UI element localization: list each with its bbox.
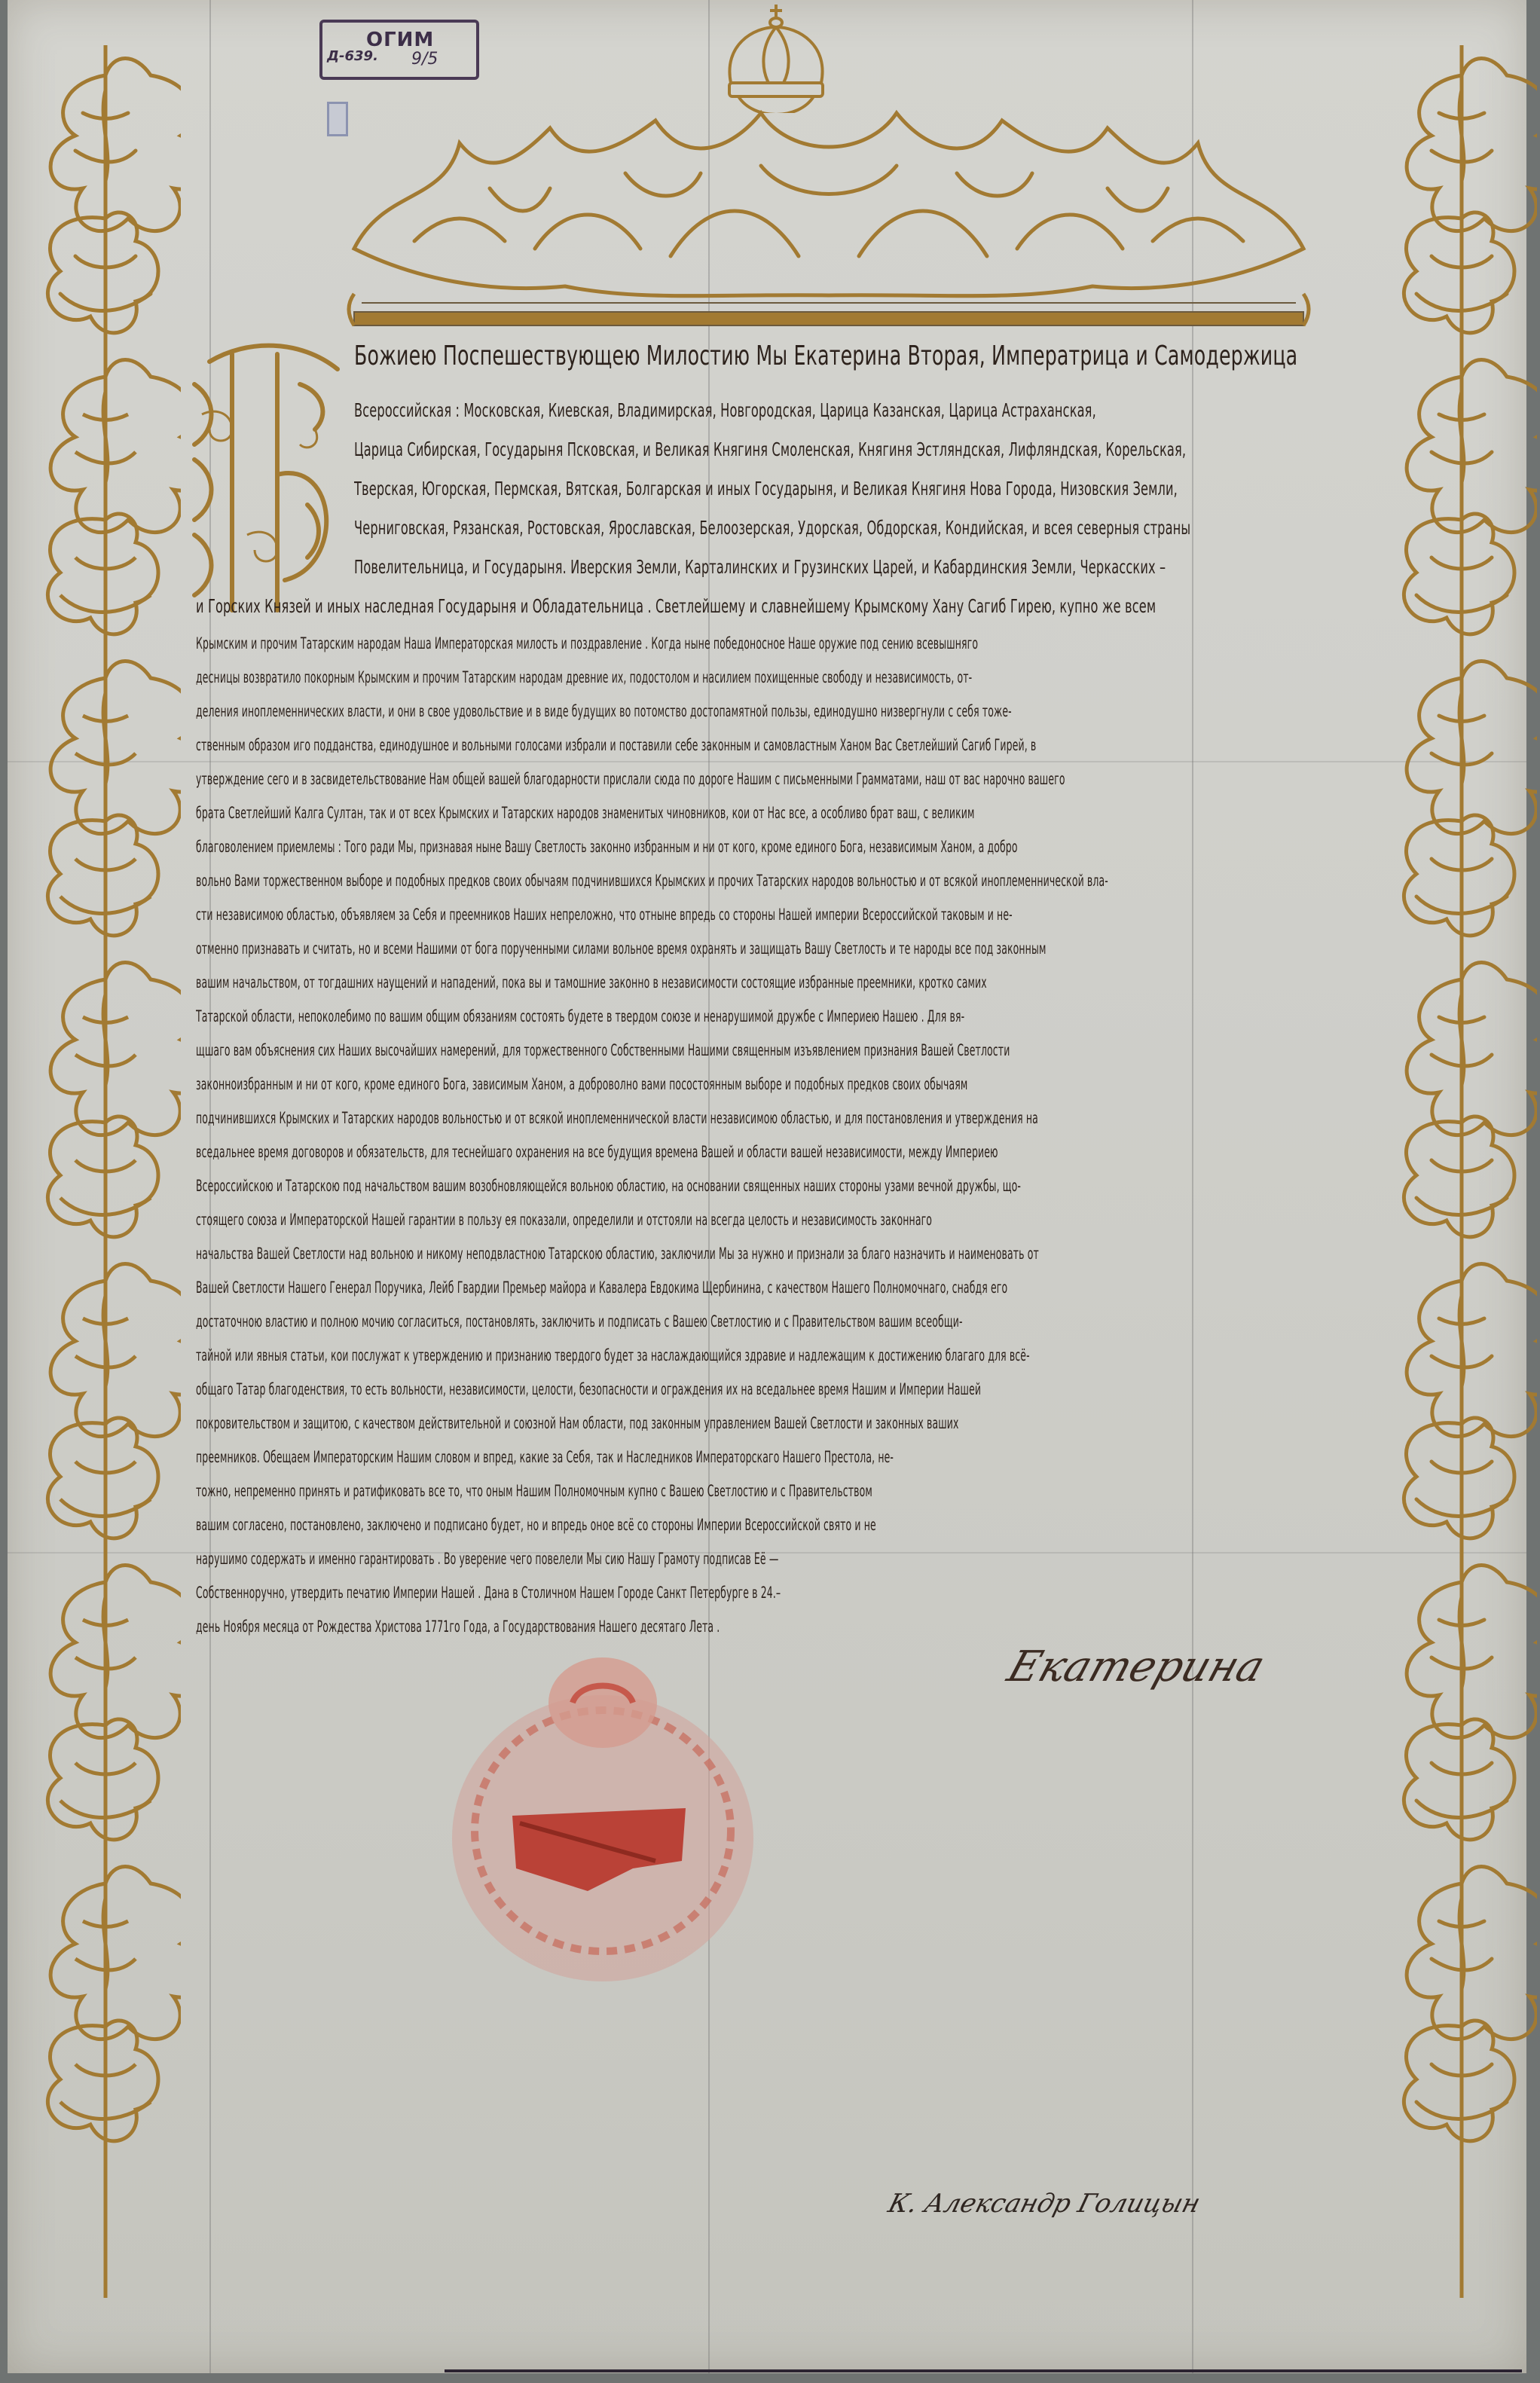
text-line: законноизбранным и ни от кого, кроме еди… (196, 1075, 1371, 1093)
text-line: ственным образом иго подданства, единоду… (196, 736, 1371, 754)
text-line: Царица Сибирская, Государыня Псковская, … (354, 438, 1371, 460)
illuminated-initial (187, 339, 353, 625)
text-line: стоящего союза и Императорской Нашей гар… (196, 1211, 1371, 1229)
left-floral-border (30, 45, 181, 2298)
text-line: день Ноября месяца от Рождества Христова… (196, 1618, 1371, 1636)
text-line: преемников. Обещаем Императорским Нашим … (196, 1448, 1371, 1466)
text-line: тайной или явныя статьи, кои послужат к … (196, 1346, 1371, 1364)
right-floral-border (1386, 45, 1537, 2298)
text-line: Всероссийскою и Татарскою под начальство… (196, 1177, 1371, 1195)
header-ornament (339, 98, 1318, 339)
text-line: вашим согласено, постановлено, заключено… (196, 1516, 1371, 1534)
sovereign-signature: Екатерина (1001, 1642, 1270, 1691)
text-line: деления иноплеменнических власти, и они … (196, 702, 1371, 720)
text-line: тожно, непременно принять и ратификовать… (196, 1482, 1371, 1500)
text-line: начальства Вашей Светлости над вольною и… (196, 1245, 1371, 1263)
text-line: вольно Вами торжественном выборе и подоб… (196, 872, 1371, 890)
text-line: покровительством и защитою, с качеством … (196, 1414, 1371, 1432)
text-line: Всероссийская : Московская, Киевская, Вл… (354, 399, 1371, 421)
document-sheet: Д-639. ОГИМ 9/5 (8, 0, 1526, 2373)
text-line: вашим начальством, от тогдашних наущений… (196, 973, 1371, 991)
text-line: общаго Татар благоденствия, то есть воль… (196, 1380, 1371, 1398)
text-line: щшаго вам объяснения сих Наших высочайши… (196, 1041, 1371, 1059)
text-line: утверждение сего и в засвидетельствовани… (196, 770, 1371, 788)
text-line: вседальнее время договоров и обязательст… (196, 1143, 1371, 1161)
text-line: отменно признавать и считать, но и всеми… (196, 939, 1371, 958)
imperial-crown-icon (708, 0, 844, 113)
text-line: подчинившихся Крымских и Татарских народ… (196, 1109, 1371, 1127)
text-line: Собственноручно, утвердить печатию Импер… (196, 1584, 1371, 1602)
text-line: благоволением приемлемы : Того ради Мы, … (196, 838, 1371, 856)
text-line: Черниговская, Рязанская, Ростовская, Яро… (354, 517, 1371, 539)
text-line: Повелительница, и Государыня. Иверския З… (354, 556, 1371, 578)
text-line: Татарской области, непоколебимо по вашим… (196, 1007, 1371, 1025)
text-line: сти независимою областью, объявляем за С… (196, 906, 1371, 924)
text-line: достаточною властию и полною мочию согла… (196, 1312, 1371, 1331)
fold-line (8, 761, 1526, 762)
text-line: Крымским и прочим Татарским народам Наша… (196, 634, 1371, 652)
wax-seal (445, 1642, 761, 1989)
text-line: брата Светлейший Калга Султан, так и от … (196, 804, 1371, 822)
text-line: десницы возвратило покорным Крымским и п… (196, 668, 1371, 686)
minister-signature: К. Александр Голицын (885, 2189, 1204, 2219)
archive-stamp: Д-639. ОГИМ 9/5 (319, 20, 479, 80)
text-line: нарушимо содержать и именно гарантироват… (196, 1550, 1371, 1568)
text-line: и Горских Князей и иных наследная Госуда… (196, 595, 1371, 617)
text-line: Вашей Светлости Нашего Генерал Поручика,… (196, 1279, 1371, 1297)
text-line: Тверская, Югорская, Пермская, Вятская, Б… (354, 478, 1371, 500)
frame-edge (445, 2369, 1522, 2372)
text-line: Божиею Поспешествующею Милостию Мы Екате… (354, 341, 1371, 371)
stamp-institution: ОГИМ (366, 29, 434, 51)
stamp-inventory: 9/5 (411, 50, 438, 69)
